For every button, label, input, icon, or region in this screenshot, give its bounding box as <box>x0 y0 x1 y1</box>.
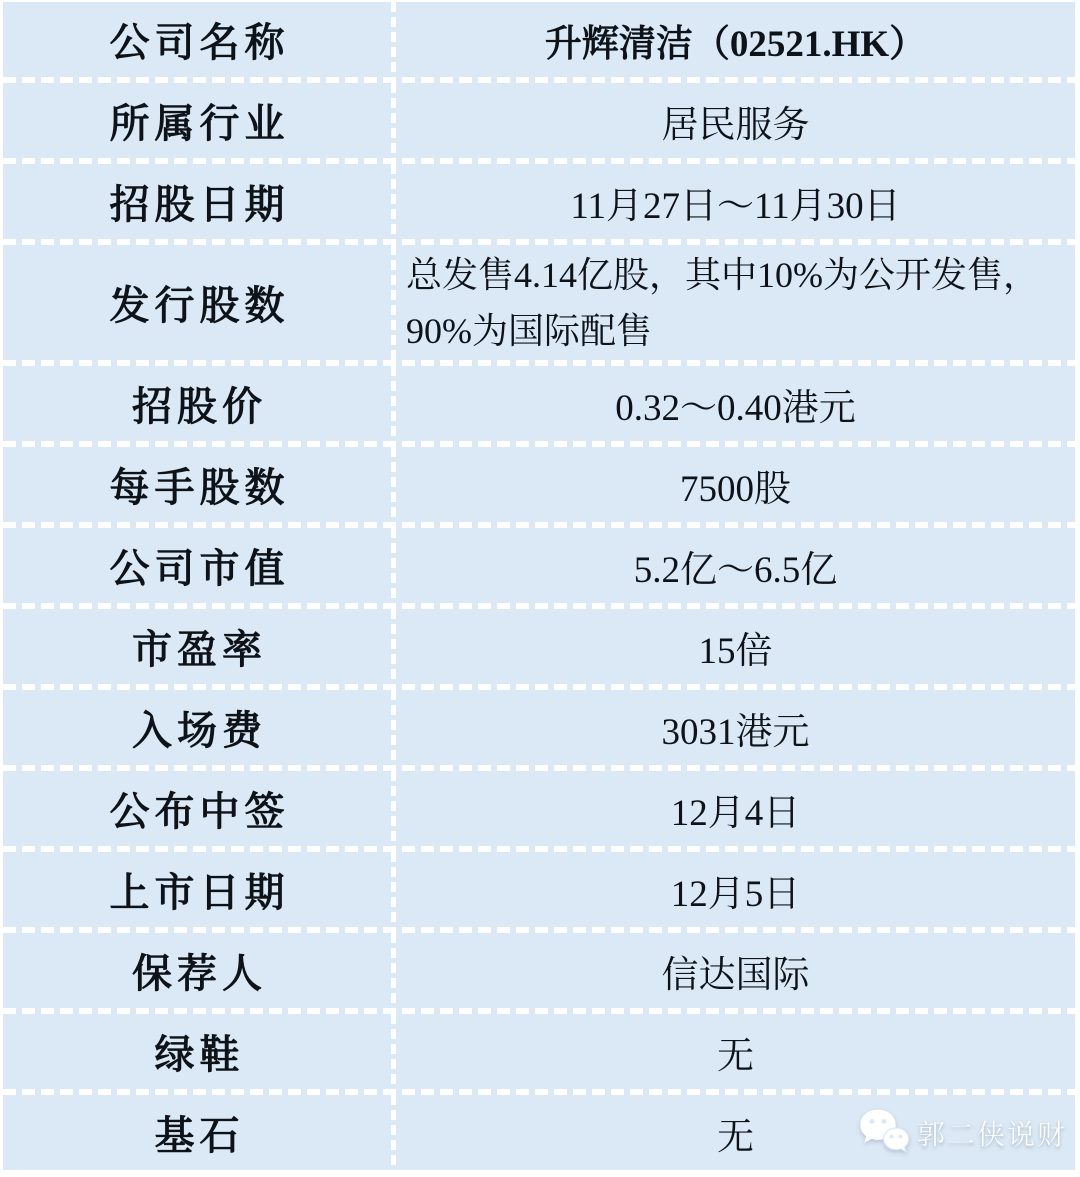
row-label: 每手股数 <box>3 447 391 522</box>
row-value: 信达国际 <box>396 933 1075 1008</box>
watermark-text: 郭二侠说财 <box>917 1113 1067 1153</box>
row-greenshoe: 绿鞋 无 <box>3 1014 1075 1089</box>
row-value-text: 总发售4.14亿股，其中10%为公开发售，90%为国际配售 <box>406 247 1065 359</box>
row-label: 招股日期 <box>3 164 391 239</box>
row-company-name: 公司名称 升辉清洁（02521.HK） <box>3 2 1075 77</box>
wechat-icon <box>858 1107 910 1160</box>
row-board-lot: 每手股数 7500股 <box>3 447 1075 522</box>
row-label: 招股价 <box>3 366 391 441</box>
row-allotment-date: 公布中签 12月4日 <box>3 771 1075 846</box>
row-value: 12月5日 <box>396 852 1075 927</box>
row-offer-period: 招股日期 11月27日～11月30日 <box>3 164 1075 239</box>
row-label: 基石 <box>3 1095 391 1170</box>
row-sponsor: 保荐人 信达国际 <box>3 933 1075 1008</box>
row-value: 升辉清洁（02521.HK） <box>396 2 1075 77</box>
row-label: 保荐人 <box>3 933 391 1008</box>
row-label: 绿鞋 <box>3 1014 391 1089</box>
row-pe-ratio: 市盈率 15倍 <box>3 609 1075 684</box>
row-value: 无 <box>396 1014 1075 1089</box>
row-value: 总发售4.14亿股，其中10%为公开发售，90%为国际配售 <box>396 245 1075 360</box>
row-value: 5.2亿～6.5亿 <box>396 528 1075 603</box>
row-label: 入场费 <box>3 690 391 765</box>
row-value: 居民服务 <box>396 83 1075 158</box>
row-market-cap: 公司市值 5.2亿～6.5亿 <box>3 528 1075 603</box>
row-value: 11月27日～11月30日 <box>396 164 1075 239</box>
row-value: 3031港元 <box>396 690 1075 765</box>
row-label: 市盈率 <box>3 609 391 684</box>
row-value: 0.32～0.40港元 <box>396 366 1075 441</box>
row-label: 所属行业 <box>3 83 391 158</box>
row-shares-offered: 发行股数 总发售4.14亿股，其中10%为公开发售，90%为国际配售 <box>3 245 1075 360</box>
row-value: 15倍 <box>396 609 1075 684</box>
watermark: 郭二侠说财 <box>858 1104 1067 1162</box>
row-label: 发行股数 <box>3 245 391 360</box>
row-value: 7500股 <box>396 447 1075 522</box>
ipo-info-table: 公司名称 升辉清洁（02521.HK） 所属行业 居民服务 招股日期 11月27… <box>3 2 1075 1170</box>
row-entry-fee: 入场费 3031港元 <box>3 690 1075 765</box>
row-offer-price: 招股价 0.32～0.40港元 <box>3 366 1075 441</box>
row-label: 公司名称 <box>3 2 391 77</box>
row-industry: 所属行业 居民服务 <box>3 83 1075 158</box>
row-label: 公司市值 <box>3 528 391 603</box>
row-listing-date: 上市日期 12月5日 <box>3 852 1075 927</box>
row-label: 公布中签 <box>3 771 391 846</box>
row-label: 上市日期 <box>3 852 391 927</box>
row-value: 12月4日 <box>396 771 1075 846</box>
